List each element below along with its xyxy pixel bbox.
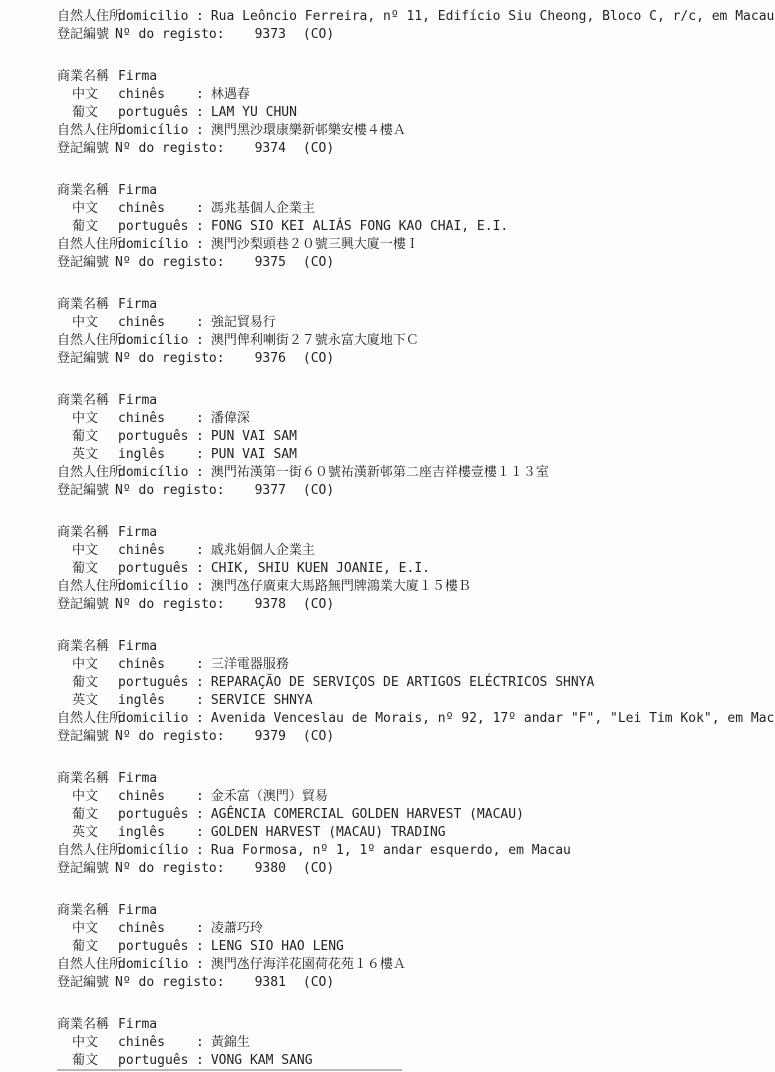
label-zh: 登記編號	[57, 974, 109, 992]
label-pt: chinês	[118, 542, 196, 560]
colon-separator: :	[196, 656, 204, 674]
label-pt: português	[118, 1052, 196, 1070]
row-registo: 登記編號Nº do registo:9374(CO)	[57, 140, 765, 158]
label-zh: 商業名稱	[57, 296, 118, 314]
row-name: 葡文português:PUN VAI SAM	[57, 428, 765, 446]
label-pt: Firma	[118, 638, 157, 656]
registration-type: (CO)	[303, 140, 334, 158]
registry-entry: 商業名稱Firma中文chinês:戚兆娟個人企業主葡文português:CH…	[57, 524, 765, 614]
label-pt: Nº do registo:	[115, 254, 225, 272]
registration-number: 9378	[255, 596, 286, 614]
colon-separator: :	[196, 560, 204, 578]
row-header: 商業名稱Firma	[57, 770, 765, 788]
entry-value: REPARAÇÃO DE SERVIÇOS DE ARTIGOS ELÉCTRI…	[211, 674, 595, 692]
label-zh: 自然人住所	[57, 710, 118, 728]
label-pt: chinês	[118, 788, 196, 806]
entry-value: 馮兆基個人企業主	[211, 200, 315, 218]
entry-value: GOLDEN HARVEST (MACAU) TRADING	[211, 824, 446, 842]
label-pt: domicílio	[118, 122, 196, 140]
row-header: 商業名稱Firma	[57, 638, 765, 656]
label-zh: 自然人住所	[57, 464, 118, 482]
row-registo: 登記編號Nº do registo:9380(CO)	[57, 860, 765, 878]
label-zh: 英文	[72, 824, 118, 842]
registry-entry: 商業名稱Firma中文chinês:三洋電器服務葡文português:REPA…	[57, 638, 765, 746]
label-zh: 登記編號	[57, 860, 109, 878]
registration-type: (CO)	[303, 860, 334, 878]
entry-value: Avenida Venceslau de Morais, nº 92, 17º …	[211, 710, 775, 728]
label-pt: chinês	[118, 410, 196, 428]
label-pt: Firma	[118, 902, 157, 920]
entry-value: LENG SIO HAO LENG	[211, 938, 344, 956]
entry-value: 凌蕭巧玲	[211, 920, 263, 938]
entry-value: 強記貿易行	[211, 314, 276, 332]
colon-separator: :	[196, 938, 204, 956]
label-zh: 自然人住所	[57, 332, 118, 350]
row-registo: 登記編號Nº do registo:9375(CO)	[57, 254, 765, 272]
row-name: 中文chinês:凌蕭巧玲	[57, 920, 765, 938]
registry-entry: 商業名稱Firma中文chinês:馮兆基個人企業主葡文português:FO…	[57, 182, 765, 272]
colon-separator: :	[196, 578, 204, 596]
row-name: 葡文português:REPARAÇÃO DE SERVIÇOS DE ART…	[57, 674, 765, 692]
row-name: 葡文português:AGÊNCIA COMERCIAL GOLDEN HAR…	[57, 806, 765, 824]
label-zh: 葡文	[72, 674, 118, 692]
registration-type: (CO)	[303, 482, 334, 500]
entry-value: CHIK, SHIU KUEN JOANIE, E.I.	[211, 560, 430, 578]
colon-separator: :	[196, 842, 204, 860]
label-pt: Nº do registo:	[115, 596, 225, 614]
row-name: 中文chinês:金禾富（澳門）貿易	[57, 788, 765, 806]
colon-separator: :	[196, 1052, 204, 1070]
label-pt: Nº do registo:	[115, 140, 225, 158]
label-pt: português	[118, 674, 196, 692]
entry-value: VONG KAM SANG	[211, 1052, 313, 1070]
row-name: 中文chinês:三洋電器服務	[57, 656, 765, 674]
scan-artifact-line	[57, 1069, 402, 1071]
label-pt: domicílio	[118, 332, 196, 350]
row-name: 葡文português:CHIK, SHIU KUEN JOANIE, E.I.	[57, 560, 765, 578]
registry-entry: 商業名稱Firma中文chinês:強記貿易行自然人住所domicílio:澳門…	[57, 296, 765, 368]
registration-number: 9377	[255, 482, 286, 500]
label-zh: 中文	[72, 410, 118, 428]
registration-number: 9373	[255, 26, 286, 44]
label-zh: 商業名稱	[57, 524, 118, 542]
registration-number: 9374	[255, 140, 286, 158]
entry-value: PUN VAI SAM	[211, 428, 297, 446]
entry-value: 林遇春	[211, 86, 250, 104]
row-name: 中文chinês:戚兆娟個人企業主	[57, 542, 765, 560]
row-name: 中文chinês:黃錦生	[57, 1034, 765, 1052]
label-pt: português	[118, 938, 196, 956]
label-pt: Nº do registo:	[115, 860, 225, 878]
colon-separator: :	[196, 122, 204, 140]
row-header: 商業名稱Firma	[57, 182, 765, 200]
colon-separator: :	[196, 104, 204, 122]
registration-type: (CO)	[303, 254, 334, 272]
label-zh: 中文	[72, 314, 118, 332]
colon-separator: :	[196, 314, 204, 332]
label-zh: 自然人住所	[57, 122, 118, 140]
colon-separator: :	[196, 410, 204, 428]
label-pt: Firma	[118, 68, 157, 86]
row-header: 商業名稱Firma	[57, 1016, 765, 1034]
row-header: 商業名稱Firma	[57, 68, 765, 86]
colon-separator: :	[196, 542, 204, 560]
row-address: 自然人住所domicílio:澳門祐漢第一街６０號祐漢新邨第二座吉祥樓壹樓１１３…	[57, 464, 765, 482]
label-pt: português	[118, 428, 196, 446]
label-pt: inglês	[118, 692, 196, 710]
entry-value: FONG SIO KEI ALIÁS FONG KAO CHAI, E.I.	[211, 218, 508, 236]
registration-type: (CO)	[303, 350, 334, 368]
label-zh: 中文	[72, 542, 118, 560]
label-zh: 登記編號	[57, 728, 109, 746]
registration-number: 9375	[255, 254, 286, 272]
row-name: 英文inglês:PUN VAI SAM	[57, 446, 765, 464]
label-pt: domicílio	[118, 578, 196, 596]
colon-separator: :	[196, 710, 204, 728]
registration-type: (CO)	[303, 974, 334, 992]
row-address: 自然人住所domicílio:澳門俾利喇街２７號永富大廈地下Ｃ	[57, 332, 765, 350]
entry-value: Rua Leôncio Ferreira, nº 11, Edifício Si…	[211, 8, 775, 26]
gazette-registry-page: 自然人住所domicilio:Rua Leôncio Ferreira, nº …	[0, 0, 775, 1070]
label-zh: 中文	[72, 86, 118, 104]
row-registo: 登記編號Nº do registo:9378(CO)	[57, 596, 765, 614]
row-name: 中文chinês:林遇春	[57, 86, 765, 104]
label-pt: Firma	[118, 392, 157, 410]
label-zh: 商業名稱	[57, 392, 118, 410]
label-pt: chinês	[118, 656, 196, 674]
colon-separator: :	[196, 218, 204, 236]
label-pt: chinês	[118, 920, 196, 938]
registration-number: 9376	[255, 350, 286, 368]
row-address: 自然人住所domicílio:澳門黑沙環康樂新邨樂安樓４樓Ａ	[57, 122, 765, 140]
label-zh: 中文	[72, 200, 118, 218]
label-zh: 登記編號	[57, 482, 109, 500]
label-zh: 中文	[72, 920, 118, 938]
registry-entry: 商業名稱Firma中文chinês:金禾富（澳門）貿易葡文português:A…	[57, 770, 765, 878]
label-pt: chinês	[118, 86, 196, 104]
label-zh: 商業名稱	[57, 638, 118, 656]
label-zh: 登記編號	[57, 254, 109, 272]
registry-entry: 商業名稱Firma中文chinês:黃錦生葡文português:VONG KA…	[57, 1016, 765, 1070]
label-pt: Nº do registo:	[115, 350, 225, 368]
label-zh: 葡文	[72, 806, 118, 824]
colon-separator: :	[196, 824, 204, 842]
label-zh: 商業名稱	[57, 902, 118, 920]
registration-number: 9380	[255, 860, 286, 878]
label-zh: 自然人住所	[57, 578, 118, 596]
entry-value: 金禾富（澳門）貿易	[211, 788, 328, 806]
registration-number: 9379	[255, 728, 286, 746]
row-name: 葡文português:LAM YU CHUN	[57, 104, 765, 122]
label-pt: português	[118, 806, 196, 824]
colon-separator: :	[196, 956, 204, 974]
label-zh: 葡文	[72, 218, 118, 236]
row-address: 自然人住所domicílio:澳門沙梨頭巷２０號三興大廈一樓Ｉ	[57, 236, 765, 254]
colon-separator: :	[196, 86, 204, 104]
entry-value: 澳門氹仔廣東大馬路無門牌鴻業大廈１５樓Ｂ	[211, 578, 471, 596]
label-zh: 登記編號	[57, 350, 109, 368]
label-zh: 葡文	[72, 938, 118, 956]
label-pt: chinês	[118, 1034, 196, 1052]
entry-value: AGÊNCIA COMERCIAL GOLDEN HARVEST (MACAU)	[211, 806, 524, 824]
row-name: 葡文português:LENG SIO HAO LENG	[57, 938, 765, 956]
row-address: 自然人住所domicílio:Rua Formosa, nº 1, 1º and…	[57, 842, 765, 860]
row-address: 自然人住所domicilio:Avenida Venceslau de Mora…	[57, 710, 765, 728]
row-name: 中文chinês:強記貿易行	[57, 314, 765, 332]
row-registo: 登記編號Nº do registo:9373(CO)	[57, 26, 765, 44]
colon-separator: :	[196, 200, 204, 218]
registry-entry: 商業名稱Firma中文chinês:林遇春葡文português:LAM YU …	[57, 68, 765, 158]
entry-value: 潘偉深	[211, 410, 250, 428]
label-pt: Firma	[118, 524, 157, 542]
colon-separator: :	[196, 428, 204, 446]
label-zh: 葡文	[72, 1052, 118, 1070]
registration-number: 9381	[255, 974, 286, 992]
label-pt: domicilio	[118, 710, 196, 728]
label-zh: 英文	[72, 692, 118, 710]
row-registo: 登記編號Nº do registo:9379(CO)	[57, 728, 765, 746]
entry-value: 三洋電器服務	[211, 656, 289, 674]
label-pt: Nº do registo:	[115, 728, 225, 746]
entry-value: 澳門沙梨頭巷２０號三興大廈一樓Ｉ	[211, 236, 419, 254]
colon-separator: :	[196, 236, 204, 254]
row-header: 商業名稱Firma	[57, 902, 765, 920]
label-pt: Nº do registo:	[115, 482, 225, 500]
label-pt: Firma	[118, 182, 157, 200]
colon-separator: :	[196, 8, 204, 26]
registry-entries: 自然人住所domicilio:Rua Leôncio Ferreira, nº …	[57, 8, 765, 1070]
entry-value: 澳門黑沙環康樂新邨樂安樓４樓Ａ	[211, 122, 406, 140]
label-pt: domicilio	[118, 8, 196, 26]
label-zh: 商業名稱	[57, 1016, 118, 1034]
label-zh: 商業名稱	[57, 68, 118, 86]
registration-type: (CO)	[303, 26, 334, 44]
label-pt: português	[118, 104, 196, 122]
registry-entry: 商業名稱Firma中文chinês:潘偉深葡文português:PUN VAI…	[57, 392, 765, 500]
colon-separator: :	[196, 788, 204, 806]
row-name: 葡文português:FONG SIO KEI ALIÁS FONG KAO …	[57, 218, 765, 236]
label-pt: domicílio	[118, 236, 196, 254]
row-registo: 登記編號Nº do registo:9381(CO)	[57, 974, 765, 992]
label-zh: 自然人住所	[57, 842, 118, 860]
label-zh: 葡文	[72, 428, 118, 446]
colon-separator: :	[196, 806, 204, 824]
label-zh: 葡文	[72, 560, 118, 578]
label-pt: inglês	[118, 824, 196, 842]
row-address: 自然人住所domicílio:澳門氹仔海洋花園荷花苑１６樓Ａ	[57, 956, 765, 974]
label-zh: 葡文	[72, 104, 118, 122]
label-pt: inglês	[118, 446, 196, 464]
entry-value: SERVICE SHNYA	[211, 692, 313, 710]
label-pt: chinês	[118, 314, 196, 332]
entry-value: PUN VAI SAM	[211, 446, 297, 464]
label-zh: 英文	[72, 446, 118, 464]
registry-entry: 自然人住所domicilio:Rua Leôncio Ferreira, nº …	[57, 8, 765, 44]
registry-entry: 商業名稱Firma中文chinês:凌蕭巧玲葡文português:LENG S…	[57, 902, 765, 992]
row-header: 商業名稱Firma	[57, 524, 765, 542]
colon-separator: :	[196, 1034, 204, 1052]
entry-value: 黃錦生	[211, 1034, 250, 1052]
colon-separator: :	[196, 464, 204, 482]
row-name: 英文inglês:SERVICE SHNYA	[57, 692, 765, 710]
row-header: 商業名稱Firma	[57, 296, 765, 314]
entry-value: Rua Formosa, nº 1, 1º andar esquerdo, em…	[211, 842, 571, 860]
label-pt: Firma	[118, 770, 157, 788]
row-name: 中文chinês:馮兆基個人企業主	[57, 200, 765, 218]
row-name: 中文chinês:潘偉深	[57, 410, 765, 428]
label-pt: domicílio	[118, 956, 196, 974]
row-address: 自然人住所domicílio:澳門氹仔廣東大馬路無門牌鴻業大廈１５樓Ｂ	[57, 578, 765, 596]
row-registo: 登記編號Nº do registo:9376(CO)	[57, 350, 765, 368]
colon-separator: :	[196, 332, 204, 350]
colon-separator: :	[196, 692, 204, 710]
label-pt: português	[118, 560, 196, 578]
label-zh: 自然人住所	[57, 956, 118, 974]
label-zh: 登記編號	[57, 26, 109, 44]
label-zh: 中文	[72, 1034, 118, 1052]
colon-separator: :	[196, 446, 204, 464]
label-pt: Nº do registo:	[115, 974, 225, 992]
label-pt: Nº do registo:	[115, 26, 225, 44]
row-name: 英文inglês:GOLDEN HARVEST (MACAU) TRADING	[57, 824, 765, 842]
label-zh: 商業名稱	[57, 770, 118, 788]
entry-value: 澳門氹仔海洋花園荷花苑１６樓Ａ	[211, 956, 406, 974]
entry-value: LAM YU CHUN	[211, 104, 297, 122]
entry-value: 澳門祐漢第一街６０號祐漢新邨第二座吉祥樓壹樓１１３室	[211, 464, 549, 482]
label-pt: Firma	[118, 1016, 157, 1034]
label-zh: 中文	[72, 656, 118, 674]
row-header: 商業名稱Firma	[57, 392, 765, 410]
colon-separator: :	[196, 920, 204, 938]
label-zh: 中文	[72, 788, 118, 806]
row-name: 葡文português:VONG KAM SANG	[57, 1052, 765, 1070]
label-zh: 自然人住所	[57, 236, 118, 254]
row-registo: 登記編號Nº do registo:9377(CO)	[57, 482, 765, 500]
label-zh: 登記編號	[57, 596, 109, 614]
label-zh: 登記編號	[57, 140, 109, 158]
colon-separator: :	[196, 674, 204, 692]
label-pt: chinês	[118, 200, 196, 218]
registration-type: (CO)	[303, 728, 334, 746]
label-pt: Firma	[118, 296, 157, 314]
label-zh: 商業名稱	[57, 182, 118, 200]
registration-type: (CO)	[303, 596, 334, 614]
label-zh: 自然人住所	[57, 8, 118, 26]
row-address: 自然人住所domicilio:Rua Leôncio Ferreira, nº …	[57, 8, 765, 26]
label-pt: domicílio	[118, 464, 196, 482]
entry-value: 戚兆娟個人企業主	[211, 542, 315, 560]
label-pt: domicílio	[118, 842, 196, 860]
label-pt: português	[118, 218, 196, 236]
entry-value: 澳門俾利喇街２７號永富大廈地下Ｃ	[211, 332, 419, 350]
